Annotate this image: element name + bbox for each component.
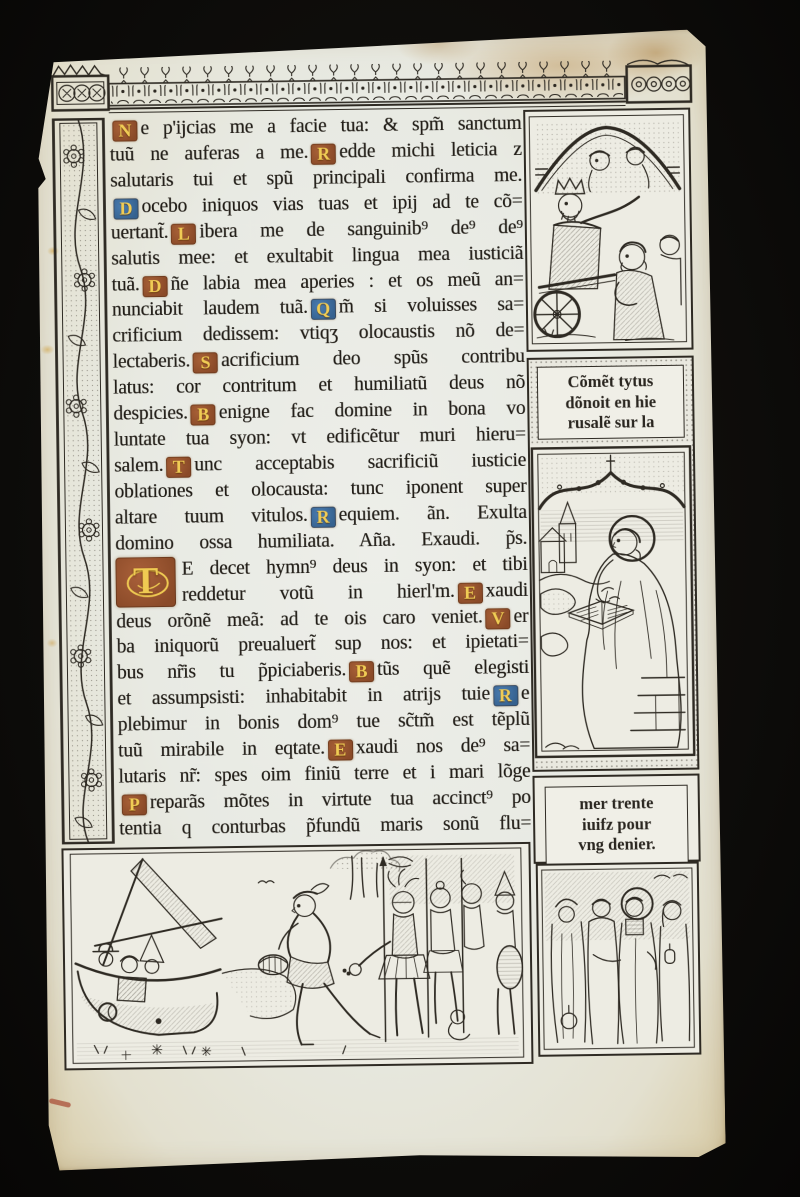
illuminated-initial: P [122, 794, 147, 815]
caption-trente-deniers: mer trente iuifz pour vng denier. [545, 785, 689, 864]
woodcut-thirty-pieces-scene [61, 842, 533, 1071]
illuminated-initial: T [166, 457, 191, 478]
caption-line: Cõmẽt tytus [540, 371, 681, 393]
ship [74, 857, 276, 1036]
illuminated-initial: D [113, 198, 138, 219]
caption-line: iuifz pour [548, 813, 685, 835]
illuminated-initial: V [485, 608, 510, 629]
illuminated-initial: E [457, 582, 482, 603]
illuminated-initial: S [193, 353, 218, 374]
manuscript-leaf: T Ne p'ijcias me a facie tua: & spm̃ san… [30, 29, 726, 1170]
big-initial-letter: T [115, 557, 176, 608]
illuminated-initial: R [493, 685, 518, 706]
illuminated-initial: D [142, 275, 167, 296]
text-line: tentia q conturbas p̃fundũ maris sonũ fl… [119, 811, 531, 843]
illuminated-initial: Q [311, 299, 336, 320]
illuminated-initial: B [191, 404, 216, 425]
illuminated-initial: R [311, 143, 336, 164]
illuminated-initial: N [112, 120, 137, 141]
woodcut-saint-scene: Cõmẽt tytus dõnoit en hie rusalẽ sur la [527, 356, 700, 772]
red-mark [49, 1098, 72, 1108]
bench-steps [630, 677, 685, 730]
caption-line: dõnoit en hie [540, 391, 681, 413]
woodcut-crowd-of-saints [536, 862, 702, 1057]
illuminated-initial: E [328, 739, 353, 760]
caption-trente-deniers-box: mer trente iuifz pour vng denier. [532, 774, 700, 864]
cart-wheel [535, 292, 580, 337]
illuminated-initial-large: T [115, 557, 176, 608]
illuminated-initial: B [349, 661, 374, 682]
woodcut-titus-court-scene [523, 108, 693, 352]
woodcut-floral-border [51, 118, 115, 845]
stain [47, 638, 58, 647]
saint-figure [568, 515, 682, 748]
youth-figure [612, 242, 664, 340]
manuscript-photo: T Ne p'ijcias me a facie tua: & spm̃ san… [0, 0, 800, 1197]
illuminated-initial: R [310, 506, 335, 527]
latin-text-block: T Ne p'ijcias me a facie tua: & spm̃ san… [109, 111, 531, 843]
stain [40, 344, 54, 354]
caption-line: vng denier. [548, 834, 685, 856]
caption-line: rusalẽ sur la [540, 412, 681, 434]
text-lines: Ne p'ijcias me a facie tua: & spm̃ sanct… [109, 111, 531, 842]
caption-comment-tytus: Cõmẽt tytus dõnoit en hie rusalẽ sur la [537, 365, 685, 440]
caption-line: mer trente [548, 793, 685, 815]
illuminated-initial: L [171, 223, 196, 244]
